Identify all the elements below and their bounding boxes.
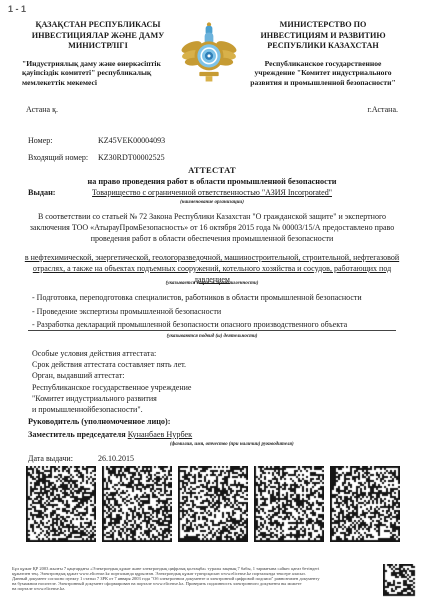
- number-row: Номер: KZ45VEK00004093: [28, 132, 165, 149]
- conditions-line: Орган, выдавший аттестат:: [32, 370, 400, 381]
- signatory-row: Заместитель председателя Кунанбаев Нурбе…: [28, 430, 192, 439]
- grant-paragraph: В соответствии со статьей № 72 Закона Ре…: [28, 211, 396, 244]
- title-subtitle: на право проведения работ в области пром…: [0, 177, 424, 186]
- issue-date-value: 26.10.2015: [98, 454, 134, 463]
- ministry-title-kz-line: ҚАЗАҚСТАН РЕСПУБЛИКАСЫ: [22, 20, 174, 31]
- incoming-number-label: Входящий номер:: [28, 149, 96, 166]
- ministry-title-ru-line: МИНИСТЕРСТВО ПО: [244, 20, 402, 31]
- ministry-title-ru-line: РЕСПУБЛИКИ КАЗАХСТАН: [244, 41, 402, 52]
- incoming-number-value: KZ30RDT00002525: [98, 153, 165, 162]
- qr-code-3: [178, 466, 248, 542]
- activities-caption: (указываются подвид (ы) деятельности): [0, 334, 424, 339]
- number-label: Номер:: [28, 132, 96, 149]
- document-title: АТТЕСТАТ на право проведения работ в обл…: [0, 165, 424, 186]
- footer-line: на портале www.elicense.kz.: [12, 586, 342, 591]
- activity-item: - Проведение экспертизы промышленной без…: [32, 305, 400, 319]
- conditions-line: Республиканское государственное учрежден…: [32, 382, 400, 393]
- city-kazakh: Астана қ.: [26, 105, 58, 114]
- number-value: KZ45VEK00004093: [98, 136, 165, 145]
- signatory-name: Кунанбаев Нурбек: [128, 430, 192, 439]
- city-russian: г.Астана.: [368, 105, 398, 114]
- document-header: ҚАЗАҚСТАН РЕСПУБЛИКАСЫ ИНВЕСТИЦИЯЛАР ЖӘН…: [22, 20, 402, 88]
- divider-line: [28, 330, 396, 331]
- legal-footer: Бұл құжат ҚР 2003 жылғы 7 қаңтардағы «Эл…: [12, 566, 342, 591]
- certificate-document: 1 - 1 ҚАЗАҚСТАН РЕСПУБЛИКАСЫ ИНВЕСТИЦИЯЛ…: [0, 0, 424, 600]
- ministry-title-ru-line: ИНВЕСТИЦИЯМ И РАЗВИТИЮ: [244, 31, 402, 42]
- issued-to-row: Выдан: Товарищество с ограниченной ответ…: [0, 188, 424, 197]
- signatory-caption: (фамилия, имя, отчество (при наличии) ру…: [170, 442, 424, 447]
- signatory-heading: Руководитель (уполномоченное лицо):: [28, 417, 170, 426]
- industry-caption: (указывается отрасль промышленности): [0, 281, 424, 286]
- qr-code-4: [254, 466, 324, 542]
- committee-name-ru: Республиканское государственное учрежден…: [244, 59, 402, 88]
- barcode-row: [26, 466, 400, 542]
- page-indicator: 1 - 1: [8, 4, 26, 14]
- conditions-line: Особые условия действия аттестата:: [32, 348, 400, 359]
- qr-code-1: [26, 466, 96, 542]
- conditions-line: и промышленнойбезопасности".: [32, 404, 400, 415]
- organization-caption: (наименование организации): [0, 200, 424, 205]
- committee-name-kz: "Индустриялық даму және өнеркәсіптік қау…: [22, 59, 174, 88]
- signatory-position: Заместитель председателя: [28, 430, 126, 439]
- incoming-number-row: Входящий номер: KZ30RDT00002525: [28, 149, 165, 166]
- activity-item: - Подготовка, переподготовка специалисто…: [32, 291, 400, 305]
- issued-label: Выдан:: [28, 188, 56, 197]
- activities-list: - Подготовка, переподготовка специалисто…: [32, 291, 400, 332]
- qr-code-2: [102, 466, 172, 542]
- city-row: Астана қ. г.Астана.: [26, 105, 398, 114]
- header-right-russian: МИНИСТЕРСТВО ПО ИНВЕСТИЦИЯМ И РАЗВИТИЮ Р…: [244, 20, 402, 88]
- conditions-block: Особые условия действия аттестата: Срок …: [32, 348, 400, 415]
- kazakhstan-emblem-icon: [180, 21, 238, 83]
- issue-date-row: Дата выдачи: 26.10.2015: [28, 454, 134, 463]
- verification-qr-code: [383, 564, 416, 597]
- issue-date-label: Дата выдачи:: [28, 454, 96, 463]
- registration-numbers: Номер: KZ45VEK00004093 Входящий номер: K…: [28, 132, 165, 166]
- conditions-line: "Комитет индустриального развития: [32, 393, 400, 404]
- ministry-title-kz-line: ИНВЕСТИЦИЯЛАР ЖӘНЕ ДАМУ: [22, 31, 174, 42]
- title-main: АТТЕСТАТ: [0, 165, 424, 175]
- ministry-title-kz-line: МИНИСТРЛІГІ: [22, 41, 174, 52]
- organization-name: Товарищество с ограниченной ответственно…: [0, 188, 424, 197]
- conditions-line: Срок действия аттестата составляет пять …: [32, 359, 400, 370]
- header-left-kazakh: ҚАЗАҚСТАН РЕСПУБЛИКАСЫ ИНВЕСТИЦИЯЛАР ЖӘН…: [22, 20, 174, 88]
- qr-code-5: [330, 466, 400, 542]
